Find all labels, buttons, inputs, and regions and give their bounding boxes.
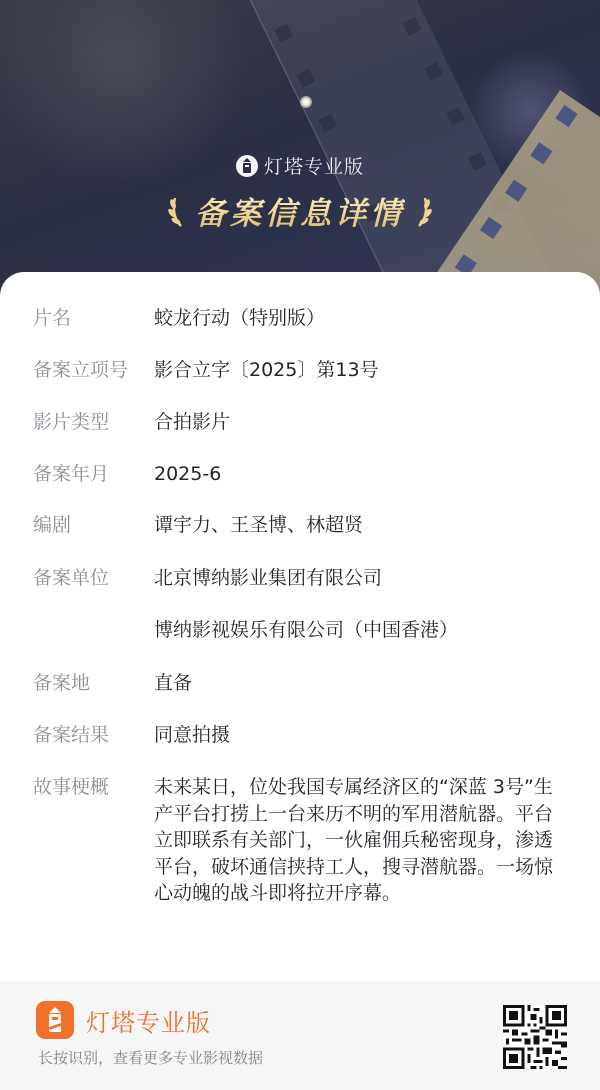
- app-lighthouse-icon: [36, 1001, 74, 1039]
- row-value: 北京博纳影业集团有限公司: [154, 565, 382, 591]
- row-label: 备案单位: [33, 565, 154, 591]
- qr-code-icon[interactable]: [503, 1005, 567, 1069]
- row-label: 备案地: [33, 670, 154, 696]
- detail-row-film-type: 影片类型 合拍影片: [33, 409, 230, 435]
- footer-hint: 长按识别，查看更多专业影视数据: [38, 1047, 263, 1068]
- row-label: 影片类型: [33, 409, 154, 435]
- brand-header: 灯塔专业版: [0, 152, 600, 179]
- brand-name: 灯塔专业版: [264, 152, 364, 179]
- lighthouse-icon: [236, 155, 258, 177]
- row-value: 合拍影片: [154, 409, 230, 435]
- row-label: 备案结果: [33, 722, 154, 748]
- row-label: [33, 617, 154, 643]
- detail-row-registrant: 备案单位 北京博纳影业集团有限公司: [33, 565, 382, 591]
- row-value: 2025-6: [154, 461, 221, 487]
- detail-row-registration-number: 备案立项号 影合立字〔2025〕第13号: [33, 357, 379, 383]
- detail-row-registration-place: 备案地 直备: [33, 670, 192, 696]
- footer-brand: 灯塔专业版: [36, 1001, 211, 1039]
- detail-row-registrant-2: 博纳影视娱乐有限公司（中国香港）: [33, 617, 458, 643]
- hero-banner: 灯塔专业版 备案信息详情: [0, 0, 600, 300]
- row-value: 影合立字〔2025〕第13号: [154, 357, 379, 383]
- row-value: 博纳影视娱乐有限公司（中国香港）: [154, 617, 458, 643]
- row-value: 同意拍摄: [154, 722, 230, 748]
- detail-row-result: 备案结果 同意拍摄: [33, 722, 230, 748]
- row-value: 谭宇力、王圣博、林超贤: [154, 512, 363, 538]
- laurel-left-icon: [167, 194, 187, 228]
- app-name: 灯塔专业版: [86, 1003, 211, 1038]
- row-value: 直备: [154, 670, 192, 696]
- row-label: 备案立项号: [33, 357, 154, 383]
- synopsis-text: 未来某日，位处我国专属经济区的“深蓝 3号”生产平台打捞上一台来历不明的军用潜航…: [154, 774, 564, 907]
- row-label: 备案年月: [33, 461, 154, 487]
- row-label: 编剧: [33, 512, 154, 538]
- detail-row-title: 片名 蛟龙行动（特别版）: [33, 305, 325, 331]
- row-value: 蛟龙行动（特别版）: [154, 305, 325, 331]
- laurel-right-icon: [413, 194, 433, 228]
- page-title-row: 备案信息详情: [0, 188, 600, 233]
- page-title: 备案信息详情: [195, 188, 405, 233]
- detail-row-synopsis: 故事梗概 未来某日，位处我国专属经济区的“深蓝 3号”生产平台打捞上一台来历不明…: [33, 774, 564, 907]
- light-spark: [300, 96, 312, 108]
- detail-row-screenwriters: 编剧 谭宇力、王圣博、林超贤: [33, 512, 363, 538]
- row-label: 故事梗概: [33, 774, 154, 907]
- detail-row-registration-date: 备案年月 2025-6: [33, 461, 221, 487]
- row-label: 片名: [33, 305, 154, 331]
